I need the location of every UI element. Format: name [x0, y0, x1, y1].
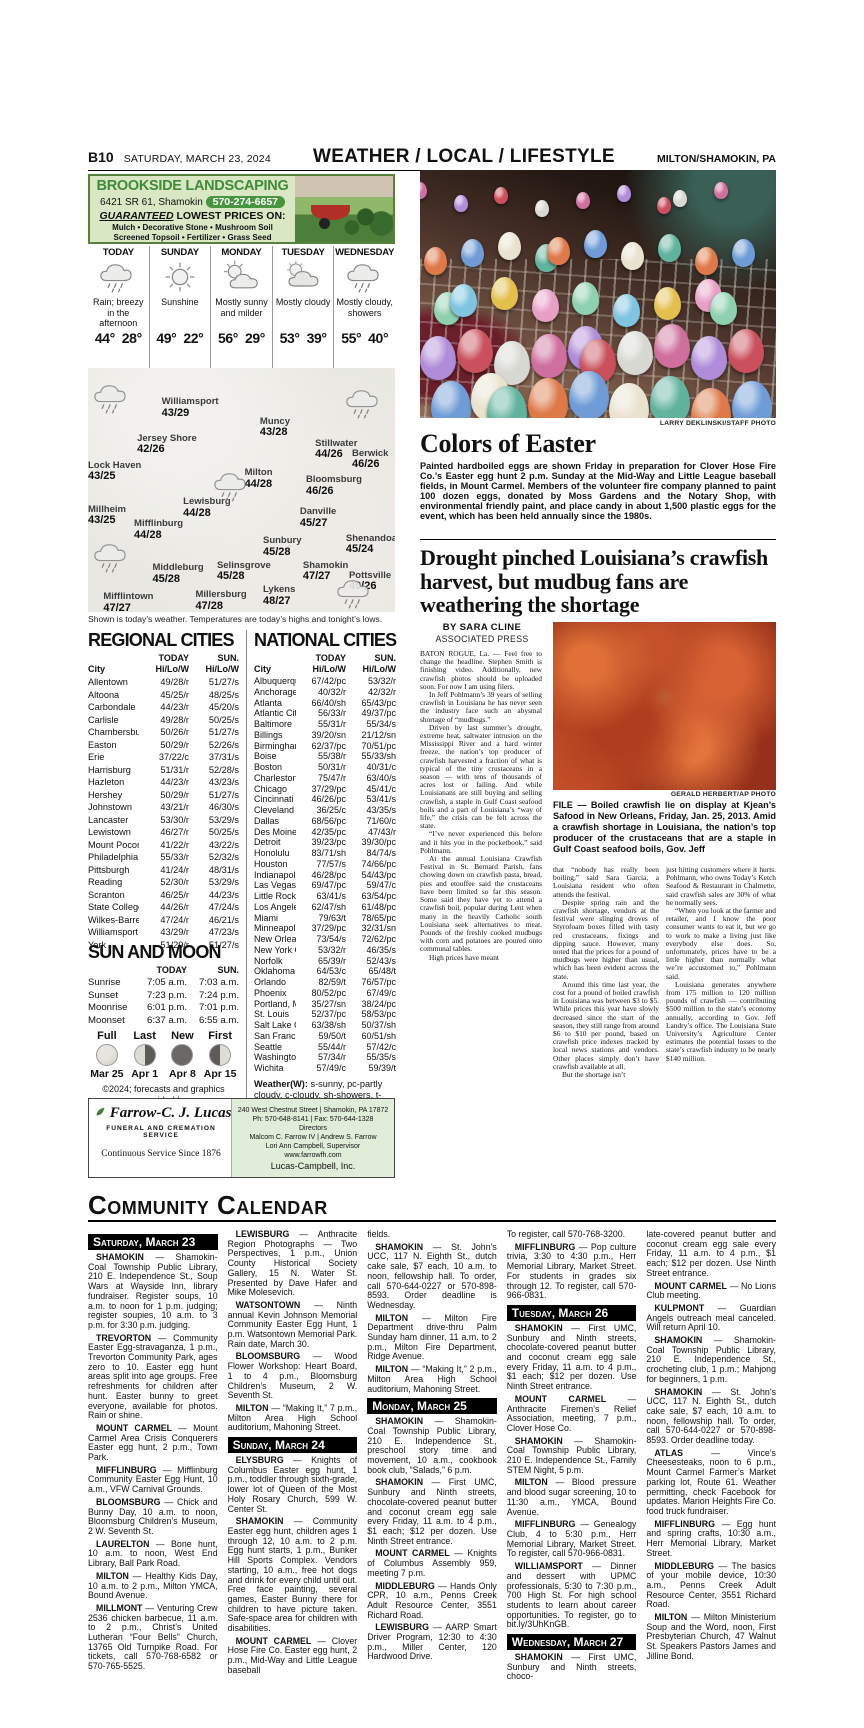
calendar-entry: SHAMOKIN — St. John’s UCC, 117 N. Eighth…	[646, 1388, 776, 1446]
col-hilow: Hi/Lo/W	[296, 664, 346, 675]
forecast-temps: 49°22°	[156, 330, 203, 346]
moon-phase: FullMar 25	[88, 1030, 126, 1080]
col-sun: SUN.	[346, 653, 396, 664]
sunday-value: 65/48/t	[346, 966, 396, 977]
col-sun: SUN.	[189, 653, 239, 664]
table-row: Charleston, SC75/47/r63/40/s	[254, 773, 396, 784]
phase-date: Apr 1	[126, 1068, 164, 1080]
forecast-description: Mostly cloudy, showers	[334, 297, 395, 330]
sunday-value: 51/27/s	[189, 676, 239, 689]
high-temp: 55°	[341, 330, 361, 346]
calendar-entry-city: WILLIAMSPORT	[515, 1561, 583, 1571]
sunday-value: 59/39/t	[346, 1063, 396, 1074]
map-city: Muncy43/28	[260, 417, 290, 438]
sunday-value: 37/31/s	[189, 751, 239, 764]
easter-egg	[617, 331, 653, 375]
calendar-entry-city: MILTON	[515, 1477, 548, 1487]
funeral-supervisor: Lori Ann Campbell, Supervisor	[236, 1142, 390, 1151]
calendar-entry-city: SHAMOKIN	[654, 1335, 702, 1345]
city-name: Reading	[88, 876, 139, 889]
today-value: 45/25/r	[139, 689, 189, 702]
calendar-entry: MOUNT CARMEL — No Lions Club meeting.	[646, 1282, 776, 1301]
sunday-value: 49/37/pc	[346, 708, 396, 719]
calendar-entry: SHAMOKIN — Shamokin-Coal Township Public…	[646, 1336, 776, 1385]
sun-moon-row: Sunrise7:05 a.m.7:03 a.m.	[88, 977, 239, 990]
funeral-name: Farrow-C. J. Lucas	[95, 1105, 227, 1122]
table-row: Easton50/29/r52/26/s	[88, 739, 239, 752]
today-value: 44/23/r	[139, 776, 189, 789]
easter-egg	[673, 190, 687, 207]
funeral-website: www.farrowfh.com	[236, 1151, 390, 1160]
table-row: Hershey50/29/r51/27/s	[88, 789, 239, 802]
sunday-value: 84/74/s	[346, 848, 396, 859]
calendar-entry: SHAMOKIN — Shamokin-Coal Township Public…	[507, 1437, 637, 1476]
easter-egg	[710, 292, 737, 325]
city-name: Little Rock	[254, 891, 296, 902]
city-name: Easton	[88, 739, 139, 752]
calendar-entry-city: MILTON	[654, 1612, 687, 1622]
sunday-value: 38/24/pc	[346, 999, 396, 1010]
table-row: Harrisburg51/31/r52/28/s	[88, 764, 239, 777]
city-name: Carbondale	[88, 701, 139, 714]
rain-icon	[344, 259, 386, 297]
easter-egg	[461, 239, 484, 267]
sun-moon-row: Moonrise6:01 p.m.7:01 p.m.	[88, 1002, 239, 1015]
city-name: Atlanta	[254, 698, 296, 709]
forecast-temps: 55°40°	[341, 330, 388, 346]
forecast-day-label: TODAY	[103, 247, 134, 258]
city-name: Chambersburg	[88, 726, 139, 739]
city-name: Seattle	[254, 1042, 296, 1053]
table-row: San Francisco59/50/t60/51/sh	[254, 1031, 396, 1042]
table-row: Dallas68/56/pc71/60/c	[254, 816, 396, 827]
easter-egg	[572, 282, 599, 315]
calendar-entry-city: MIDDLEBURG	[375, 1581, 435, 1591]
crawfish-photo-caption: FILE — Boiled crawfish lie on display at…	[553, 800, 776, 855]
sunday-value: 55/34/s	[346, 719, 396, 730]
today-value: 69/47/pc	[296, 880, 346, 891]
calendar-entry: WILLIAMSPORT — Dinner and dessert with U…	[507, 1562, 637, 1630]
funeral-service-line: FUNERAL AND CREMATION SERVICE	[95, 1125, 227, 1139]
calendar-day-header: Tuesday, March 26	[507, 1305, 637, 1321]
page-number: B10	[88, 149, 114, 165]
city-name: Mount Pocono	[88, 839, 139, 852]
easter-egg	[532, 289, 559, 322]
sunday-value: 47/43/r	[346, 827, 396, 838]
today-value: 52/37/pc	[296, 1009, 346, 1020]
table-row: Anchorage40/32/r42/32/r	[254, 687, 396, 698]
today-value: 40/32/r	[296, 687, 346, 698]
table-row: Allentown49/28/r51/27/s	[88, 676, 239, 689]
funeral-phone: Ph: 570-648-8141 | Fax: 570-644-1328	[236, 1115, 390, 1124]
calendar-entry: To register, call 570-768-3200.	[507, 1230, 637, 1240]
forecast-day-label: MONDAY	[221, 247, 261, 258]
map-city: Selinsgrove45/28	[217, 561, 271, 582]
city-name: Las Vegas	[254, 880, 296, 891]
sunday-value: 44/23/s	[189, 889, 239, 902]
calendar-entry: LAURELTON — Bone hunt, 10 a.m. to noon, …	[88, 1540, 218, 1569]
article-paragraph: Louisiana generates anywhere from 175 mi…	[666, 981, 776, 1063]
table-row: Philadelphia55/33/r52/32/s	[88, 851, 239, 864]
crawfish-photo-credit: GERALD HERBERT/AP PHOTO	[553, 791, 776, 798]
today-value: 39/20/sn	[296, 730, 346, 741]
sunday-value: 52/28/s	[189, 764, 239, 777]
calendar-entry: MILTON — Milton Ministerium Soup and the…	[646, 1613, 776, 1662]
sun-moon-row: Sunset7:23 p.m.7:24 p.m.	[88, 990, 239, 1003]
map-city-temp: 46/26	[352, 459, 388, 470]
table-row: Oklahoma City64/53/c65/48/t	[254, 966, 396, 977]
forecast-description: Rain; breezy in the afternoon	[88, 297, 149, 330]
regional-table-header: TODAYSUN. CityHi/Lo/WHi/Lo/W	[88, 653, 239, 675]
today-value: 50/26/r	[139, 726, 189, 739]
calendar-column: Saturday, March 23SHAMOKIN — Shamokin-Co…	[88, 1230, 218, 1728]
easter-egg	[498, 232, 521, 260]
today-value: 49/28/r	[139, 714, 189, 727]
calendar-entry-city: SHAMOKIN	[375, 1416, 423, 1426]
calendar-entry-city: SHAMOKIN	[515, 1436, 563, 1446]
sunday-value: 71/60/c	[346, 816, 396, 827]
table-row: Las Vegas69/47/pc59/47/c	[254, 880, 396, 891]
city-name: Pittsburgh	[88, 864, 139, 877]
sunday-value: 47/23/s	[189, 926, 239, 939]
table-row: Indianapolis46/28/pc54/43/pc	[254, 870, 396, 881]
ad-tagline-rest: LOWEST PRICES ON:	[174, 210, 286, 222]
table-row: Minneapolis37/29/pc32/31/sn	[254, 923, 396, 934]
today-value: 52/30/r	[139, 876, 189, 889]
map-city-temp: 43/25	[88, 471, 141, 482]
calendar-entry: TREVORTON — Community Easter Egg-stravag…	[88, 1334, 218, 1421]
table-row: Atlanta66/40/sh65/43/pc	[254, 698, 396, 709]
sunday-value: 7:01 p.m.	[187, 1002, 239, 1015]
table-row: Phoenix80/52/pc67/49/c	[254, 988, 396, 999]
article-paragraph: “When you look at the farmer and retaile…	[666, 907, 776, 981]
easter-eggs-photo	[420, 170, 776, 418]
today-value: 55/38/r	[296, 751, 346, 762]
table-row: Miami79/63/t78/65/pc	[254, 913, 396, 924]
city-name: Indianapolis	[254, 870, 296, 881]
map-city-name: Millersburg	[195, 590, 246, 601]
event-name: Sunset	[88, 990, 135, 1003]
today-value: 80/52/pc	[296, 988, 346, 999]
table-row: Honolulu83/71/sh84/74/s	[254, 848, 396, 859]
forecast-day: TUESDAYMostly cloudy53°39°	[273, 246, 335, 368]
map-city: Danville45/27	[300, 507, 336, 528]
community-calendar-title: Community Calendar	[88, 1190, 776, 1222]
easter-photo-credit: LARRY DEKLINSKI/STAFF PHOTO	[420, 420, 776, 427]
article-paragraph: At the annual Louisiana Crawfish Festiva…	[420, 855, 542, 953]
forecast-day-label: SUNDAY	[161, 247, 199, 258]
today-value: 68/56/pc	[296, 816, 346, 827]
calendar-entry-city: MILTON	[236, 1403, 269, 1413]
map-city-temp: 43/28	[260, 427, 290, 438]
city-name: Johnstown	[88, 801, 139, 814]
calendar-column: late-covered peanut butter and coconut c…	[646, 1230, 776, 1728]
today-value: 41/22/r	[139, 839, 189, 852]
table-row: Albuquerque67/42/pc53/32/r	[254, 676, 396, 687]
rain-cloud-icon	[211, 468, 253, 509]
map-city-temp: 44/28	[183, 508, 231, 519]
city-name: Erie	[88, 751, 139, 764]
calendar-entry-city: MIFFLINBURG	[96, 1465, 157, 1475]
sunday-value: 45/41/c	[346, 784, 396, 795]
national-cities-section: NATIONAL CITIES TODAYSUN. CityHi/Lo/WHi/…	[246, 630, 396, 1124]
table-row: Chicago37/29/pc45/41/c	[254, 784, 396, 795]
national-table: Albuquerque67/42/pc53/32/rAnchorage40/32…	[254, 676, 396, 1074]
today-value: 46/26/pc	[296, 794, 346, 805]
ad-tagline: GUARANTEED LOWEST PRICES ON:	[94, 210, 291, 222]
ad-address-line: 6421 SR 61, Shamokin 570-274-6657	[94, 196, 291, 209]
rain-cloud-icon	[91, 380, 133, 421]
city-name: Allentown	[88, 676, 139, 689]
map-city-temp: 43/25	[88, 515, 126, 526]
today-value: 35/27/sn	[296, 999, 346, 1010]
today-value: 46/25/r	[139, 889, 189, 902]
calendar-entry-city: ATLAS	[654, 1448, 683, 1458]
sunday-value: 39/30/pc	[346, 837, 396, 848]
city-name: St. Louis	[254, 1009, 296, 1020]
calendar-entry-city: MILLMONT	[96, 1603, 142, 1613]
forecast-day: WEDNESDAYMostly cloudy, showers55°40°	[334, 246, 395, 368]
today-value: 46/27/r	[139, 826, 189, 839]
table-row: Hazleton44/23/r43/23/s	[88, 776, 239, 789]
table-row: Atlantic City56/33/r49/37/pc	[254, 708, 396, 719]
forecast-day: TODAYRain; breezy in the afternoon44°28°	[88, 246, 150, 368]
calendar-entry: SHAMOKIN — First UMC, Sunbury and Ninth …	[507, 1653, 637, 1682]
city-name: Chicago	[254, 784, 296, 795]
today-value: 82/59/t	[296, 977, 346, 988]
city-name: Philadelphia	[88, 851, 139, 864]
map-city: Mifflintown47/27	[103, 592, 153, 612]
city-name: Harrisburg	[88, 764, 139, 777]
calendar-entry-city: MOUNT CARMEL	[375, 1548, 449, 1558]
forecast-day: MONDAYMostly sunny and milder56°29°	[211, 246, 273, 368]
moon-new-icon	[171, 1044, 193, 1066]
low-temp: 29°	[245, 330, 265, 346]
calendar-entry: MIDDLEBURG — The basics of your mobile d…	[646, 1562, 776, 1611]
today-value: 43/29/r	[139, 926, 189, 939]
easter-egg	[728, 329, 764, 373]
calendar-entry: SHAMOKIN — First UMC, Sunbury and Ninth …	[367, 1478, 497, 1546]
funeral-contact-block: 240 West Chestnut Street | Shamokin, PA …	[231, 1099, 394, 1177]
table-row: Birmingham62/37/pc70/51/pc	[254, 741, 396, 752]
sunday-value: 48/31/s	[189, 864, 239, 877]
today-value: 51/31/r	[139, 764, 189, 777]
easter-egg	[547, 237, 570, 265]
today-value: 49/28/r	[139, 676, 189, 689]
city-name: Hershey	[88, 789, 139, 802]
easter-egg	[450, 284, 477, 317]
easter-caption: Painted hardboiled eggs are shown Friday…	[420, 462, 776, 521]
easter-egg	[650, 376, 690, 418]
table-row: Los Angeles62/47/sh61/48/pc	[254, 902, 396, 913]
sunday-value: 57/42/c	[346, 1042, 396, 1053]
today-value: 73/54/s	[296, 934, 346, 945]
easter-egg	[424, 247, 447, 275]
funeral-directors: Malcom C. Farrow IV | Andrew S. Farrow	[236, 1133, 390, 1142]
article-paragraph: that “nobody has really been boiling,” s…	[553, 866, 659, 899]
easter-egg	[494, 187, 508, 204]
five-day-forecast: TODAYRain; breezy in the afternoon44°28°…	[88, 246, 395, 368]
table-row: Boise55/38/r55/33/sh	[254, 751, 396, 762]
table-row: Johnstown43/21/r46/30/s	[88, 801, 239, 814]
map-city: Jersey Shore42/26	[137, 434, 197, 455]
map-city: Middleburg45/28	[152, 563, 203, 584]
easter-egg	[657, 197, 671, 214]
phase-date: Apr 8	[164, 1068, 202, 1080]
forecast-description: Sunshine	[159, 297, 201, 330]
city-name: Atlantic City	[254, 708, 296, 719]
today-value: 63/41/s	[296, 891, 346, 902]
sunday-value: 46/35/s	[346, 945, 396, 956]
city-name: Lancaster	[88, 814, 139, 827]
calendar-entry: MILTON — Milton Fire Department drive-th…	[367, 1314, 497, 1363]
calendar-entry-city: MILTON	[375, 1364, 408, 1374]
national-cities-title: NATIONAL CITIES	[254, 630, 396, 651]
today-value: 47/24/r	[139, 914, 189, 927]
article-paragraph: Despite spring rain and the crawfish sho…	[553, 899, 659, 981]
easter-egg	[732, 239, 755, 267]
easter-egg	[491, 277, 518, 310]
today-value: 53/32/r	[296, 945, 346, 956]
col-hilow: Hi/Lo/W	[139, 664, 189, 675]
sunday-value: 67/49/c	[346, 988, 396, 999]
col-sun: SUN.	[187, 965, 239, 976]
city-name: Wichita	[254, 1063, 296, 1074]
calendar-entry-city: MIDDLEBURG	[654, 1561, 714, 1571]
sunday-value: 63/40/s	[346, 773, 396, 784]
funeral-directors-label: Directors	[236, 1124, 390, 1133]
city-name: Los Angeles	[254, 902, 296, 913]
calendar-entry-city: MILTON	[375, 1313, 408, 1323]
high-temp: 53°	[280, 330, 300, 346]
event-name: Moonrise	[88, 1002, 135, 1015]
sunday-value: 21/12/sn	[346, 730, 396, 741]
map-city: Sunbury45/28	[263, 536, 302, 557]
easter-egg	[658, 234, 681, 262]
today-value: 37/29/pc	[296, 923, 346, 934]
today-value: 75/47/r	[296, 773, 346, 784]
today-value: 44/23/r	[139, 701, 189, 714]
city-name: Houston	[254, 859, 296, 870]
calendar-entry: MILLMONT — Venturing Crew 2536 chicken b…	[88, 1604, 218, 1672]
calendar-day-header: Saturday, March 23	[88, 1234, 218, 1250]
city-name: Orlando	[254, 977, 296, 988]
calendar-entry: LEWISBURG — Anthracite Region Photograph…	[228, 1230, 358, 1298]
easter-egg	[621, 242, 644, 270]
city-name: Baltimore	[254, 719, 296, 730]
moon-phase: NewApr 8	[164, 1030, 202, 1080]
city-name: Miami	[254, 913, 296, 924]
calendar-entry-city: WATSONTOWN	[236, 1300, 301, 1310]
table-row: Reading52/30/r53/29/s	[88, 876, 239, 889]
easter-egg	[732, 381, 772, 418]
city-name: Cleveland	[254, 805, 296, 816]
phase-date: Apr 15	[201, 1068, 239, 1080]
article-paragraph: Around this time last year, the cost for…	[553, 981, 659, 1071]
map-city: Millheim43/25	[88, 505, 126, 526]
moon-phase: LastApr 1	[126, 1030, 164, 1080]
divider-rule	[420, 539, 776, 540]
masthead: B10 SATURDAY, MARCH 23, 2024 WEATHER / L…	[88, 146, 776, 171]
calendar-entry: KULPMONT — Guardian Angels outreach meal…	[646, 1304, 776, 1333]
table-row: New Orleans73/54/s72/62/pc	[254, 934, 396, 945]
city-name: Hazleton	[88, 776, 139, 789]
easter-egg	[584, 230, 607, 258]
today-value: 41/24/r	[139, 864, 189, 877]
calendar-entry-city: SHAMOKIN	[96, 1252, 144, 1262]
table-row: Carbondale44/23/r45/20/s	[88, 701, 239, 714]
easter-egg	[431, 381, 471, 418]
article-column-2: that “nobody has really been boiling,” s…	[553, 866, 659, 1118]
easter-egg	[569, 371, 609, 418]
calendar-entry: MIFFLINBURG — Pop culture trivia, 3:30 t…	[507, 1243, 637, 1301]
calendar-entry-city: SHAMOKIN	[375, 1477, 423, 1487]
calendar-entry: BLOOMSBURG — Wood Flower Workshop: Heart…	[228, 1352, 358, 1401]
phase-name: Full	[88, 1030, 126, 1042]
table-row: Chambersburg50/26/r51/27/s	[88, 726, 239, 739]
landscaping-photo	[295, 176, 393, 242]
map-city-temp: 48/27	[263, 596, 295, 607]
forecast-temps: 56°29°	[218, 330, 265, 346]
easter-egg	[531, 334, 567, 378]
table-row: Baltimore55/31/r55/34/s	[254, 719, 396, 730]
sunday-value: 54/43/pc	[346, 870, 396, 881]
easter-egg	[528, 378, 568, 418]
calendar-entry: MOUNT CARMEL — Knights of Columbus Assem…	[367, 1549, 497, 1578]
forecast-day: SUNDAYSunshine49°22°	[150, 246, 212, 368]
sunday-value: 50/25/s	[189, 826, 239, 839]
sunday-value: 53/41/s	[346, 794, 396, 805]
article-paragraph: High prices have meant	[420, 954, 542, 962]
table-row: Washington, DC57/34/r55/35/s	[254, 1052, 396, 1063]
today-value: 36/25/c	[296, 805, 346, 816]
calendar-entry: SHAMOKIN — St. John’s UCC, 117 N. Eighth…	[367, 1243, 497, 1311]
table-row: Scranton46/25/r44/23/s	[88, 889, 239, 902]
sunday-value: 52/43/s	[346, 956, 396, 967]
calendar-entry-city: BLOOMSBURG	[236, 1351, 301, 1361]
today-value: 57/34/r	[296, 1052, 346, 1063]
forecast-description: Mostly sunny and milder	[211, 297, 272, 330]
map-city: Williamsport43/29	[162, 397, 219, 418]
map-city: Mifflinburg44/28	[134, 519, 183, 540]
city-name: Albuquerque	[254, 676, 296, 687]
sunday-value: 43/23/s	[189, 776, 239, 789]
national-table-header: TODAYSUN. CityHi/Lo/WHi/Lo/W	[254, 653, 396, 675]
forecast-day-label: TUESDAY	[282, 247, 325, 258]
table-row: Pittsburgh41/24/r48/31/s	[88, 864, 239, 877]
today-value: 37/22/c	[139, 751, 189, 764]
calendar-entry-city: MOUNT CARMEL	[515, 1394, 606, 1404]
city-name: Williamsport	[88, 926, 139, 939]
today-value: 57/49/c	[296, 1063, 346, 1074]
moon-first-icon	[209, 1044, 231, 1066]
calendar-entry-city: SHAMOKIN	[375, 1242, 423, 1252]
map-city: Bloomsburg46/26	[306, 475, 362, 496]
today-value: 6:01 p.m.	[135, 1002, 187, 1015]
sunday-value: 74/66/pc	[346, 859, 396, 870]
table-row: Carlisle49/28/r50/25/s	[88, 714, 239, 727]
today-value: 55/31/r	[296, 719, 346, 730]
low-temp: 22°	[183, 330, 203, 346]
calendar-entry-city: SHAMOKIN	[236, 1516, 284, 1526]
calendar-entry: SHAMOKIN — Shamokin-Coal Township Public…	[88, 1253, 218, 1331]
col-city: City	[88, 664, 139, 675]
table-row: Erie37/22/c37/31/s	[88, 751, 239, 764]
moon-full-icon	[96, 1044, 118, 1066]
table-row: Wichita57/49/c59/39/t	[254, 1063, 396, 1074]
sunday-value: 55/33/sh	[346, 751, 396, 762]
forecast-temps: 44°28°	[95, 330, 142, 346]
